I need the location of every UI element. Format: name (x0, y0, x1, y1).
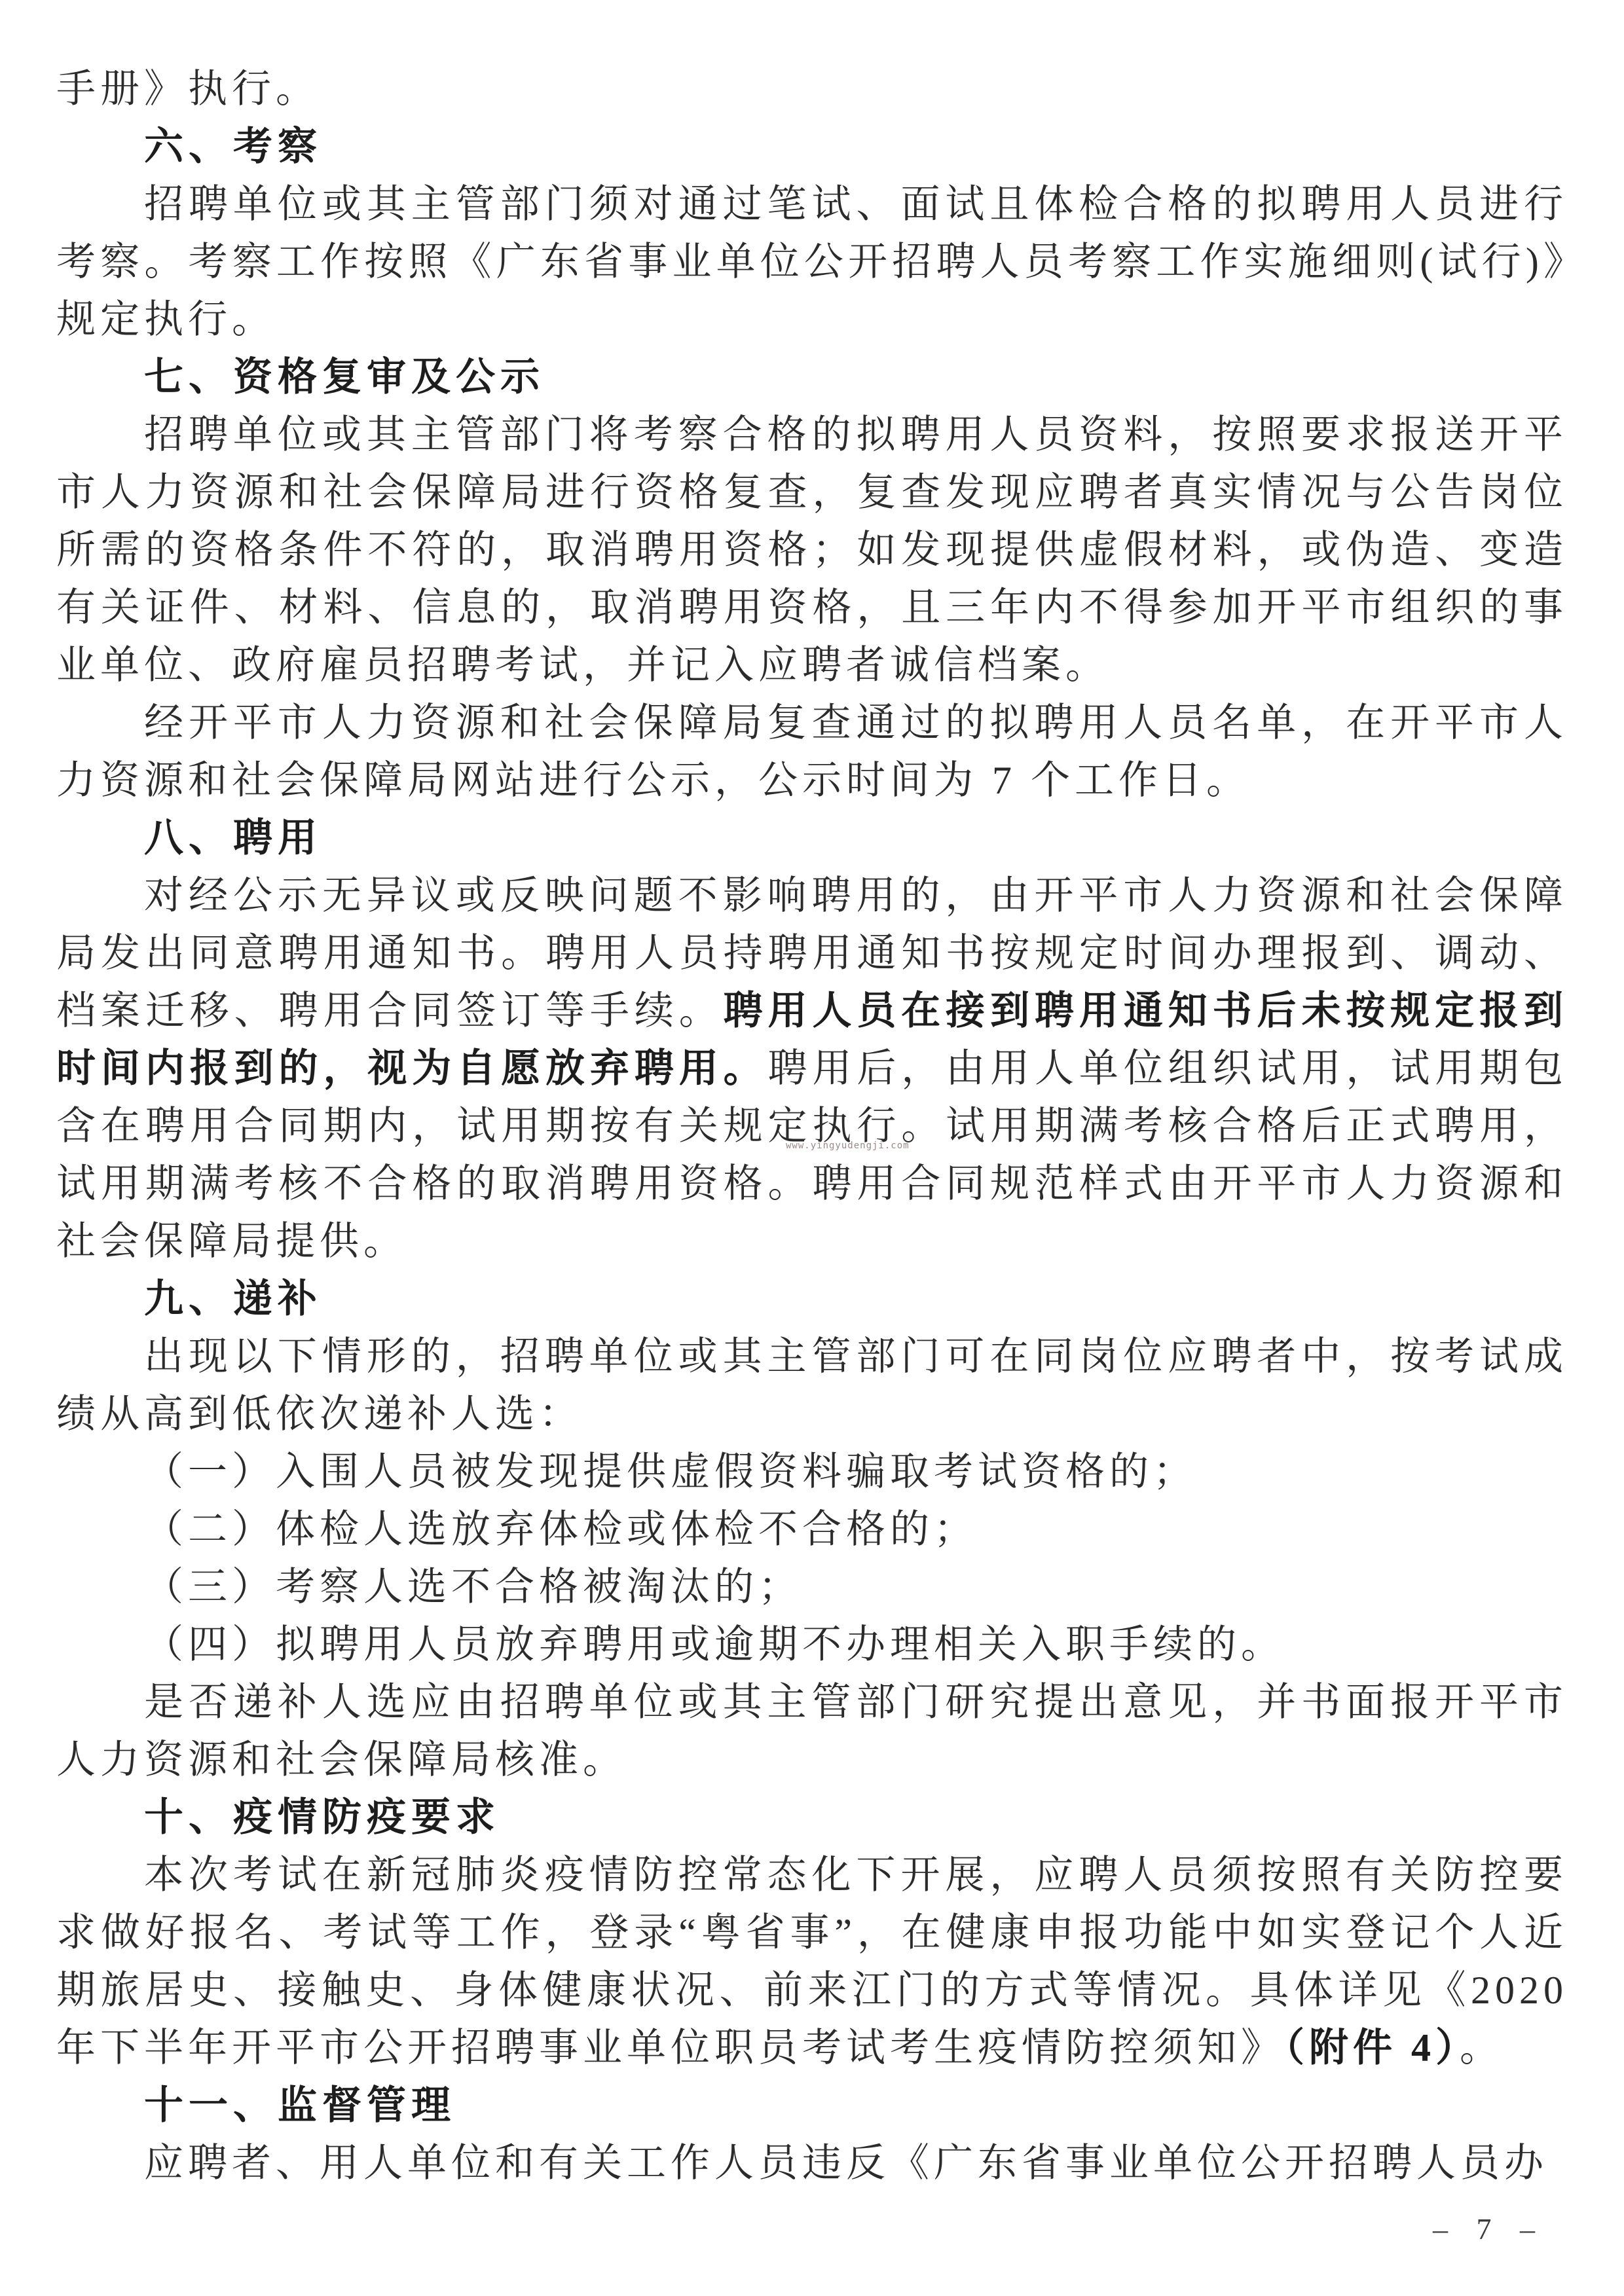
text-run: 。 (1460, 2026, 1504, 2069)
list-item: （四）拟聘用人员放弃聘用或逾期不办理相关入职手续的。 (56, 1616, 1568, 1673)
section-heading: 六、考察 (56, 118, 1568, 175)
text-run: （一）入围人员被发现提供虚假资料骗取考试资格的； (144, 1450, 1197, 1493)
body-paragraph: 招聘单位或其主管部门将考察合格的拟聘用人员资料，按照要求报送开平市人力资源和社会… (56, 406, 1568, 694)
list-item: （三）考察人选不合格被淘汰的； (56, 1558, 1568, 1616)
text-run: 招聘单位或其主管部门将考察合格的拟聘用人员资料，按照要求报送开平市人力资源和社会… (56, 413, 1568, 687)
text-run: （三）考察人选不合格被淘汰的； (144, 1565, 802, 1609)
text-run: 应聘者、用人单位和有关工作人员违反《广东省事业单位公开招聘人员办 (144, 2141, 1548, 2185)
bold-text-run: （附件 4） (1285, 2026, 1460, 2069)
body-paragraph-continuation: 手册》执行。 (56, 60, 1568, 118)
text-run: 招聘单位或其主管部门须对通过笔试、面试且体检合格的拟聘用人员进行考察。考察工作按… (56, 183, 1568, 341)
text-run: （二）体检人选放弃体检或体检不合格的； (144, 1508, 978, 1551)
text-run: （四）拟聘用人员放弃聘用或逾期不办理相关入职手续的。 (144, 1623, 1285, 1666)
body-paragraph: 出现以下情形的，招聘单位或其主管部门可在同岗位应聘者中，按考试成绩从高到低依次递… (56, 1328, 1568, 1443)
text-run: 九、递补 (144, 1277, 322, 1321)
text-run: 经开平市人力资源和社会保障局复查通过的拟聘用人员名单，在开平市人力资源和社会保障… (56, 701, 1568, 802)
text-run: 十、疫情防疫要求 (144, 1795, 500, 1839)
section-heading: 七、资格复审及公示 (56, 348, 1568, 406)
body-paragraph: 应聘者、用人单位和有关工作人员违反《广东省事业单位公开招聘人员办 (56, 2134, 1568, 2192)
section-heading: 九、递补 (56, 1270, 1568, 1328)
body-paragraph: 本次考试在新冠肺炎疫情防控常态化下开展，应聘人员须按照有关防控要求做好报名、考试… (56, 1846, 1568, 2077)
section-heading: 十、疫情防疫要求 (56, 1789, 1568, 1846)
section-heading: 八、聘用 (56, 809, 1568, 867)
list-item: （二）体检人选放弃体检或体检不合格的； (56, 1501, 1568, 1558)
text-run: 六、考察 (144, 124, 322, 168)
section-heading: 十一、监督管理 (56, 2077, 1568, 2134)
document-page: 手册》执行。六、考察招聘单位或其主管部门须对通过笔试、面试且体检合格的拟聘用人员… (0, 0, 1624, 2296)
text-run: 七、资格复审及公示 (144, 355, 545, 399)
body-paragraph: 对经公示无异议或反映问题不影响聘用的，由开平市人力资源和社会保障局发出同意聘用通… (56, 867, 1568, 1270)
document-body: 手册》执行。六、考察招聘单位或其主管部门须对通过笔试、面试且体检合格的拟聘用人员… (56, 60, 1568, 2192)
body-paragraph: 是否递补人选应由招聘单位或其主管部门研究提出意见，并书面报开平市人力资源和社会保… (56, 1673, 1568, 1789)
list-item: （一）入围人员被发现提供虚假资料骗取考试资格的； (56, 1443, 1568, 1501)
body-paragraph: 招聘单位或其主管部门须对通过笔试、面试且体检合格的拟聘用人员进行考察。考察工作按… (56, 175, 1568, 348)
page-number: – 7 – (1433, 2212, 1545, 2246)
body-paragraph: 经开平市人力资源和社会保障局复查通过的拟聘用人员名单，在开平市人力资源和社会保障… (56, 694, 1568, 809)
text-run: 是否递补人选应由招聘单位或其主管部门研究提出意见，并书面报开平市人力资源和社会保… (56, 1681, 1568, 1781)
text-run: 八、聘用 (144, 816, 322, 860)
watermark-text: www.yingyudengji.com (786, 1140, 910, 1151)
text-run: 手册》执行。 (56, 67, 320, 111)
text-run: 出现以下情形的，招聘单位或其主管部门可在同岗位应聘者中，按考试成绩从高到低依次递… (56, 1335, 1568, 1436)
text-run: 十一、监督管理 (144, 2083, 456, 2127)
